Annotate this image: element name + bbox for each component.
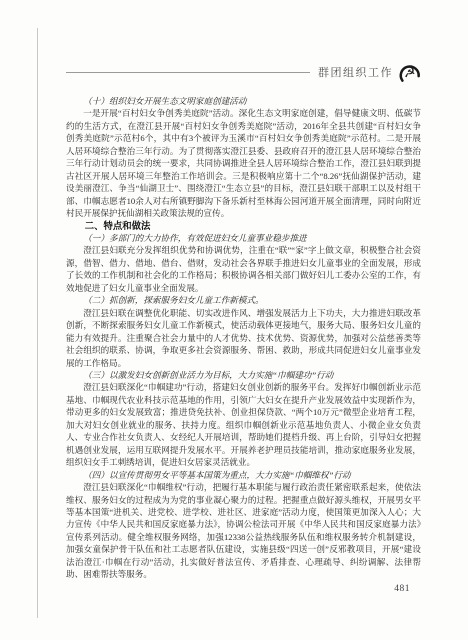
section-heading-2: 二、特点和做法 [66,220,421,232]
document-page: 群团组织工作 ☭ （十）组织妇女开展生态文明家庭创建活动 一是开展“百村妇女争创… [0,0,468,640]
document-body: （十）组织妇女开展生态文明家庭创建活动 一是开展“百村妇女争创秀美庭院”活动。深… [66,95,421,581]
page-number: 481 [394,584,410,594]
page-header: 群团组织工作 ☭ [66,58,422,86]
paragraph-subsection-4: 澄江县妇联深化“巾帼维权”行动，把履行基本职能与履行政治责任紧密联系起来，使依法… [66,481,421,581]
page-edge-line [37,28,38,618]
subsection-heading-1: （一）多部门的大力协作，有效促进妇女儿童事业稳步推进 [66,232,421,244]
running-head-title: 群团组织工作 [318,64,393,80]
paragraph-subsection-1: 澄江县妇联充分发挥组织优势和协调优势，注重在“联”“家”字上做文章，积极整合社会… [66,244,421,294]
subsection-heading-2: （二）抓创新，探索服务妇女儿童工作新模式。 [66,294,421,306]
subsection-heading-10: （十）组织妇女开展生态文明家庭创建活动 [66,95,421,107]
party-emblem-icon: ☭ [397,60,422,85]
svg-text:☭: ☭ [402,64,416,82]
paragraph-subsection-2: 澄江县妇联在调整优化职能、切实改进作风、增强发展活力上下功夫，大力推进妇联改革创… [66,307,421,369]
paragraph-section-10: 一是开展“百村妇女争创秀美庭院”活动。深化生态文明家庭创建，倡导健康文明、低碳节… [66,107,421,219]
subsection-heading-4: （四）以宣传贯彻男女平等基本国策为重点，大力实施“巾帼维权”行动 [66,469,421,481]
paragraph-subsection-3: 澄江县妇联深化“巾帼建功”行动，搭建妇女创业创新的服务平台。发挥好巾帼创新业示范… [66,381,421,468]
subsection-heading-3: （三）以激发妇女创新创业活力为目标，大力实施“巾帼建功”行动 [66,369,421,381]
header-rule [66,72,310,73]
